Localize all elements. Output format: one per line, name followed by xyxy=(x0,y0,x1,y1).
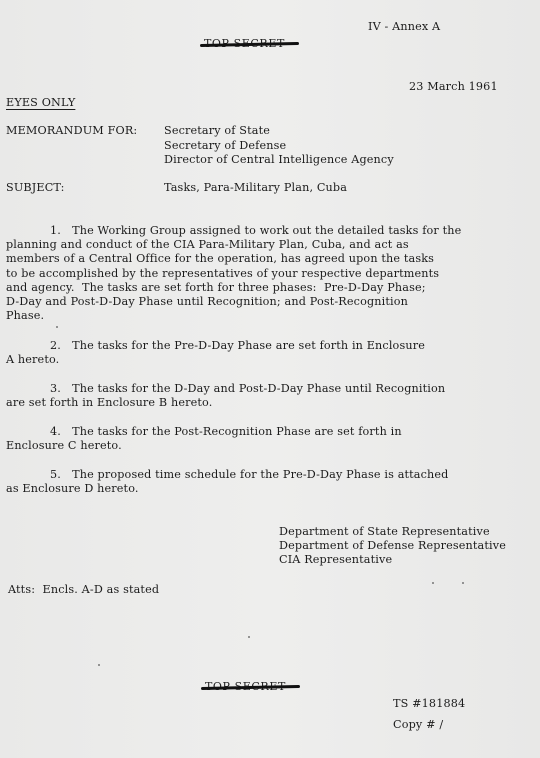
attachments-note: Atts: Encls. A-D as stated xyxy=(8,583,159,597)
paragraph-line: Enclosure C hereto. xyxy=(6,439,506,453)
paragraph-line: are set forth in Enclosure B hereto. xyxy=(6,396,506,410)
paragraph-3: 3. The tasks for the D-Day and Post-D-Da… xyxy=(6,382,506,410)
paragraph-line: 3. The tasks for the D-Day and Post-D-Da… xyxy=(6,382,506,396)
paragraph-text: The Working Group assigned to work out t… xyxy=(72,224,461,237)
scan-speck xyxy=(248,636,250,638)
paragraph-text: The tasks for the D-Day and Post-D-Day P… xyxy=(72,382,445,395)
paragraph-4: 4. The tasks for the Post-Recognition Ph… xyxy=(6,425,506,453)
paragraph-line: planning and conduct of the CIA Para-Mil… xyxy=(6,238,506,252)
paragraph-line: 1. The Working Group assigned to work ou… xyxy=(6,224,506,238)
paragraph-5: 5. The proposed time schedule for the Pr… xyxy=(6,468,506,496)
paragraph-2: 2. The tasks for the Pre-D-Day Phase are… xyxy=(6,339,506,367)
paragraph-line: D-Day and Post-D-Day Phase until Recogni… xyxy=(6,295,506,309)
paragraph-line: Phase. xyxy=(6,309,506,323)
classification-stamp-top: TOP SECRET xyxy=(204,37,285,50)
document-page: IV - Annex A TOP SECRET 23 March 1961 EY… xyxy=(0,0,540,758)
paragraph-number: 3. xyxy=(50,382,61,395)
subject-label: SUBJECT: xyxy=(6,181,65,195)
paragraph-line: A hereto. xyxy=(6,353,506,367)
scan-speck xyxy=(98,664,100,666)
paragraph-text: The tasks for the Pre-D-Day Phase are se… xyxy=(72,339,425,352)
scan-speck xyxy=(56,326,58,328)
memorandum-for-label: MEMORANDUM FOR: xyxy=(6,124,137,138)
signatory: Department of State Representative xyxy=(279,525,490,539)
annex-label: IV - Annex A xyxy=(368,20,440,34)
paragraph-line: 5. The proposed time schedule for the Pr… xyxy=(6,468,506,482)
copy-number: Copy # / xyxy=(393,718,443,732)
paragraph-number: 4. xyxy=(50,425,61,438)
recipient: Director of Central Intelligence Agency xyxy=(164,153,394,167)
scan-speck xyxy=(462,582,464,584)
paragraph-line: 4. The tasks for the Post-Recognition Ph… xyxy=(6,425,506,439)
recipient: Secretary of State xyxy=(164,124,270,138)
paragraph-line: as Enclosure D hereto. xyxy=(6,482,506,496)
classification-stamp-bottom: TOP SECRET xyxy=(205,680,286,693)
recipient: Secretary of Defense xyxy=(164,139,286,153)
paragraph-text: The tasks for the Post-Recognition Phase… xyxy=(72,425,402,438)
handling-caveat: EYES ONLY xyxy=(6,96,75,110)
paragraph-line: and agency. The tasks are set forth for … xyxy=(6,281,506,295)
signatory: CIA Representative xyxy=(279,553,392,567)
paragraph-line: 2. The tasks for the Pre-D-Day Phase are… xyxy=(6,339,506,353)
signatory: Department of Defense Representative xyxy=(279,539,506,553)
paragraph-number: 5. xyxy=(50,468,61,481)
paragraph-text: The proposed time schedule for the Pre-D… xyxy=(72,468,448,481)
subject-text: Tasks, Para-Military Plan, Cuba xyxy=(164,181,347,195)
paragraph-line: members of a Central Office for the oper… xyxy=(6,252,506,266)
paragraph-number: 1. xyxy=(50,224,61,237)
paragraph-line: to be accomplished by the representative… xyxy=(6,267,506,281)
paragraph-number: 2. xyxy=(50,339,61,352)
memo-date: 23 March 1961 xyxy=(409,80,498,94)
scan-speck xyxy=(432,582,434,584)
paragraph-1: 1. The Working Group assigned to work ou… xyxy=(6,224,506,323)
ts-control-number: TS #181884 xyxy=(393,697,465,711)
